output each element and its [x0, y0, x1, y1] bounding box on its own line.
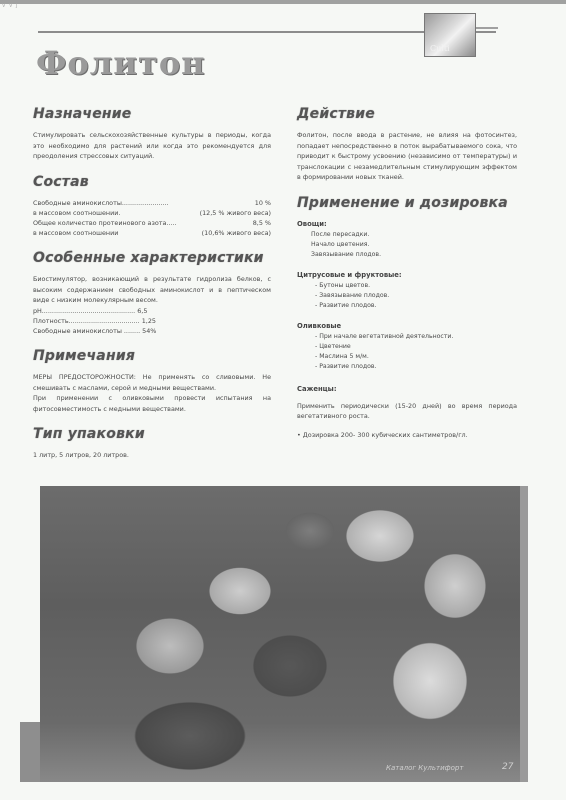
- section-heading: Состав: [33, 174, 271, 190]
- composition-row: в массовом соотношении. (12,5 % живого в…: [33, 208, 271, 218]
- spec-ph: pH......................................…: [33, 306, 271, 316]
- corner-mark: V V J: [2, 3, 19, 9]
- usage-item: Начало цветения.: [297, 240, 517, 250]
- page-title: Фолитон: [36, 44, 206, 82]
- catalog-credit: Каталог Культифорт: [386, 764, 463, 772]
- seedlings-text: Применить периодически (15-20 дней) во в…: [297, 401, 517, 422]
- section-usage: Применение и дозировка Овощи: После пере…: [297, 195, 517, 441]
- features-text: Биостимулятор, возникающий в результате …: [33, 274, 271, 306]
- composition-row: Общее количество протеинового азота.....…: [33, 218, 271, 228]
- composition-label: в массовом соотношении.: [33, 208, 120, 218]
- composition-label: Общее количество протеинового азота.....: [33, 218, 177, 228]
- seedlings-title: Саженцы:: [297, 384, 517, 395]
- usage-group-title: Оливковые: [297, 321, 517, 332]
- section-action: Действие Фолитон, после ввода в растение…: [297, 106, 517, 183]
- composition-row: Свободные аминокислоты..................…: [33, 198, 271, 208]
- section-heading: Особенные характеристики: [33, 250, 271, 266]
- section-composition: Состав Свободные аминокислоты...........…: [33, 174, 271, 239]
- page-number: 27: [502, 762, 513, 772]
- usage-group-title: Цитрусовые и фруктовые:: [297, 270, 517, 281]
- usage-item: - Развитие плодов.: [297, 362, 517, 372]
- section-heading: Тип упаковки: [33, 426, 271, 442]
- composition-value: (10,6% живого веса): [202, 228, 271, 238]
- left-column: Назначение Стимулировать сельскохозяйств…: [33, 106, 271, 473]
- right-column: Действие Фолитон, после ввода в растение…: [297, 106, 517, 452]
- spec-amino: Свободные аминокислоты ........ 54%: [33, 326, 271, 336]
- usage-item: - Цветение: [297, 342, 517, 352]
- usage-item: - При начале вегетативной деятельности.: [297, 332, 517, 342]
- photo-shadow: [20, 722, 40, 782]
- composition-value: (12,5 % живого веса): [200, 208, 271, 218]
- usage-item: После пересадки.: [297, 230, 517, 240]
- section-packaging: Тип упаковки 1 литр, 5 литров, 20 литров…: [33, 426, 271, 461]
- composition-value: 10 %: [255, 198, 271, 208]
- notes-text-1: МЕРЫ ПРЕДОСТОРОЖНОСТИ: Не применять со с…: [33, 372, 271, 393]
- fruits-photo: [40, 486, 528, 782]
- section-heading: Применение и дозировка: [297, 195, 517, 211]
- section-heading: Назначение: [33, 106, 271, 122]
- section-heading: Примечания: [33, 348, 271, 364]
- usage-item: Завязывание плодов.: [297, 250, 517, 260]
- usage-item: - Развитие плодов.: [297, 301, 517, 311]
- header-rule-right: [476, 27, 498, 29]
- dosage-text: • Дозировка 200- 300 кубических сантимет…: [297, 430, 517, 441]
- purpose-text: Стимулировать сельскохозяйственные культ…: [33, 130, 271, 162]
- scan-top-edge: [0, 0, 566, 4]
- usage-item: - Маслина 5 м/м.: [297, 352, 517, 362]
- spec-density: Плотность...............................…: [33, 316, 271, 326]
- notes-text-2: При применении с оливковыми провести исп…: [33, 393, 271, 414]
- section-notes: Примечания МЕРЫ ПРЕДОСТОРОЖНОСТИ: Не при…: [33, 348, 271, 414]
- action-text: Фолитон, после ввода в растение, не влия…: [297, 130, 517, 183]
- brand-logo: Culti: [424, 13, 476, 57]
- composition-label: Свободные аминокислоты..................…: [33, 198, 169, 208]
- usage-group-title: Овощи:: [297, 219, 517, 230]
- section-purpose: Назначение Стимулировать сельскохозяйств…: [33, 106, 271, 162]
- composition-value: 8,5 %: [253, 218, 271, 228]
- usage-item: - Бутоны цветов.: [297, 281, 517, 291]
- section-features: Особенные характеристики Биостимулятор, …: [33, 250, 271, 336]
- composition-label: в массовом соотношении: [33, 228, 118, 238]
- packaging-text: 1 литр, 5 литров, 20 литров.: [33, 450, 271, 461]
- usage-item: - Завязывание плодов.: [297, 291, 517, 301]
- composition-row: в массовом соотношении (10,6% живого вес…: [33, 228, 271, 238]
- section-heading: Действие: [297, 106, 517, 122]
- brand-logo-text: Culti: [430, 44, 450, 53]
